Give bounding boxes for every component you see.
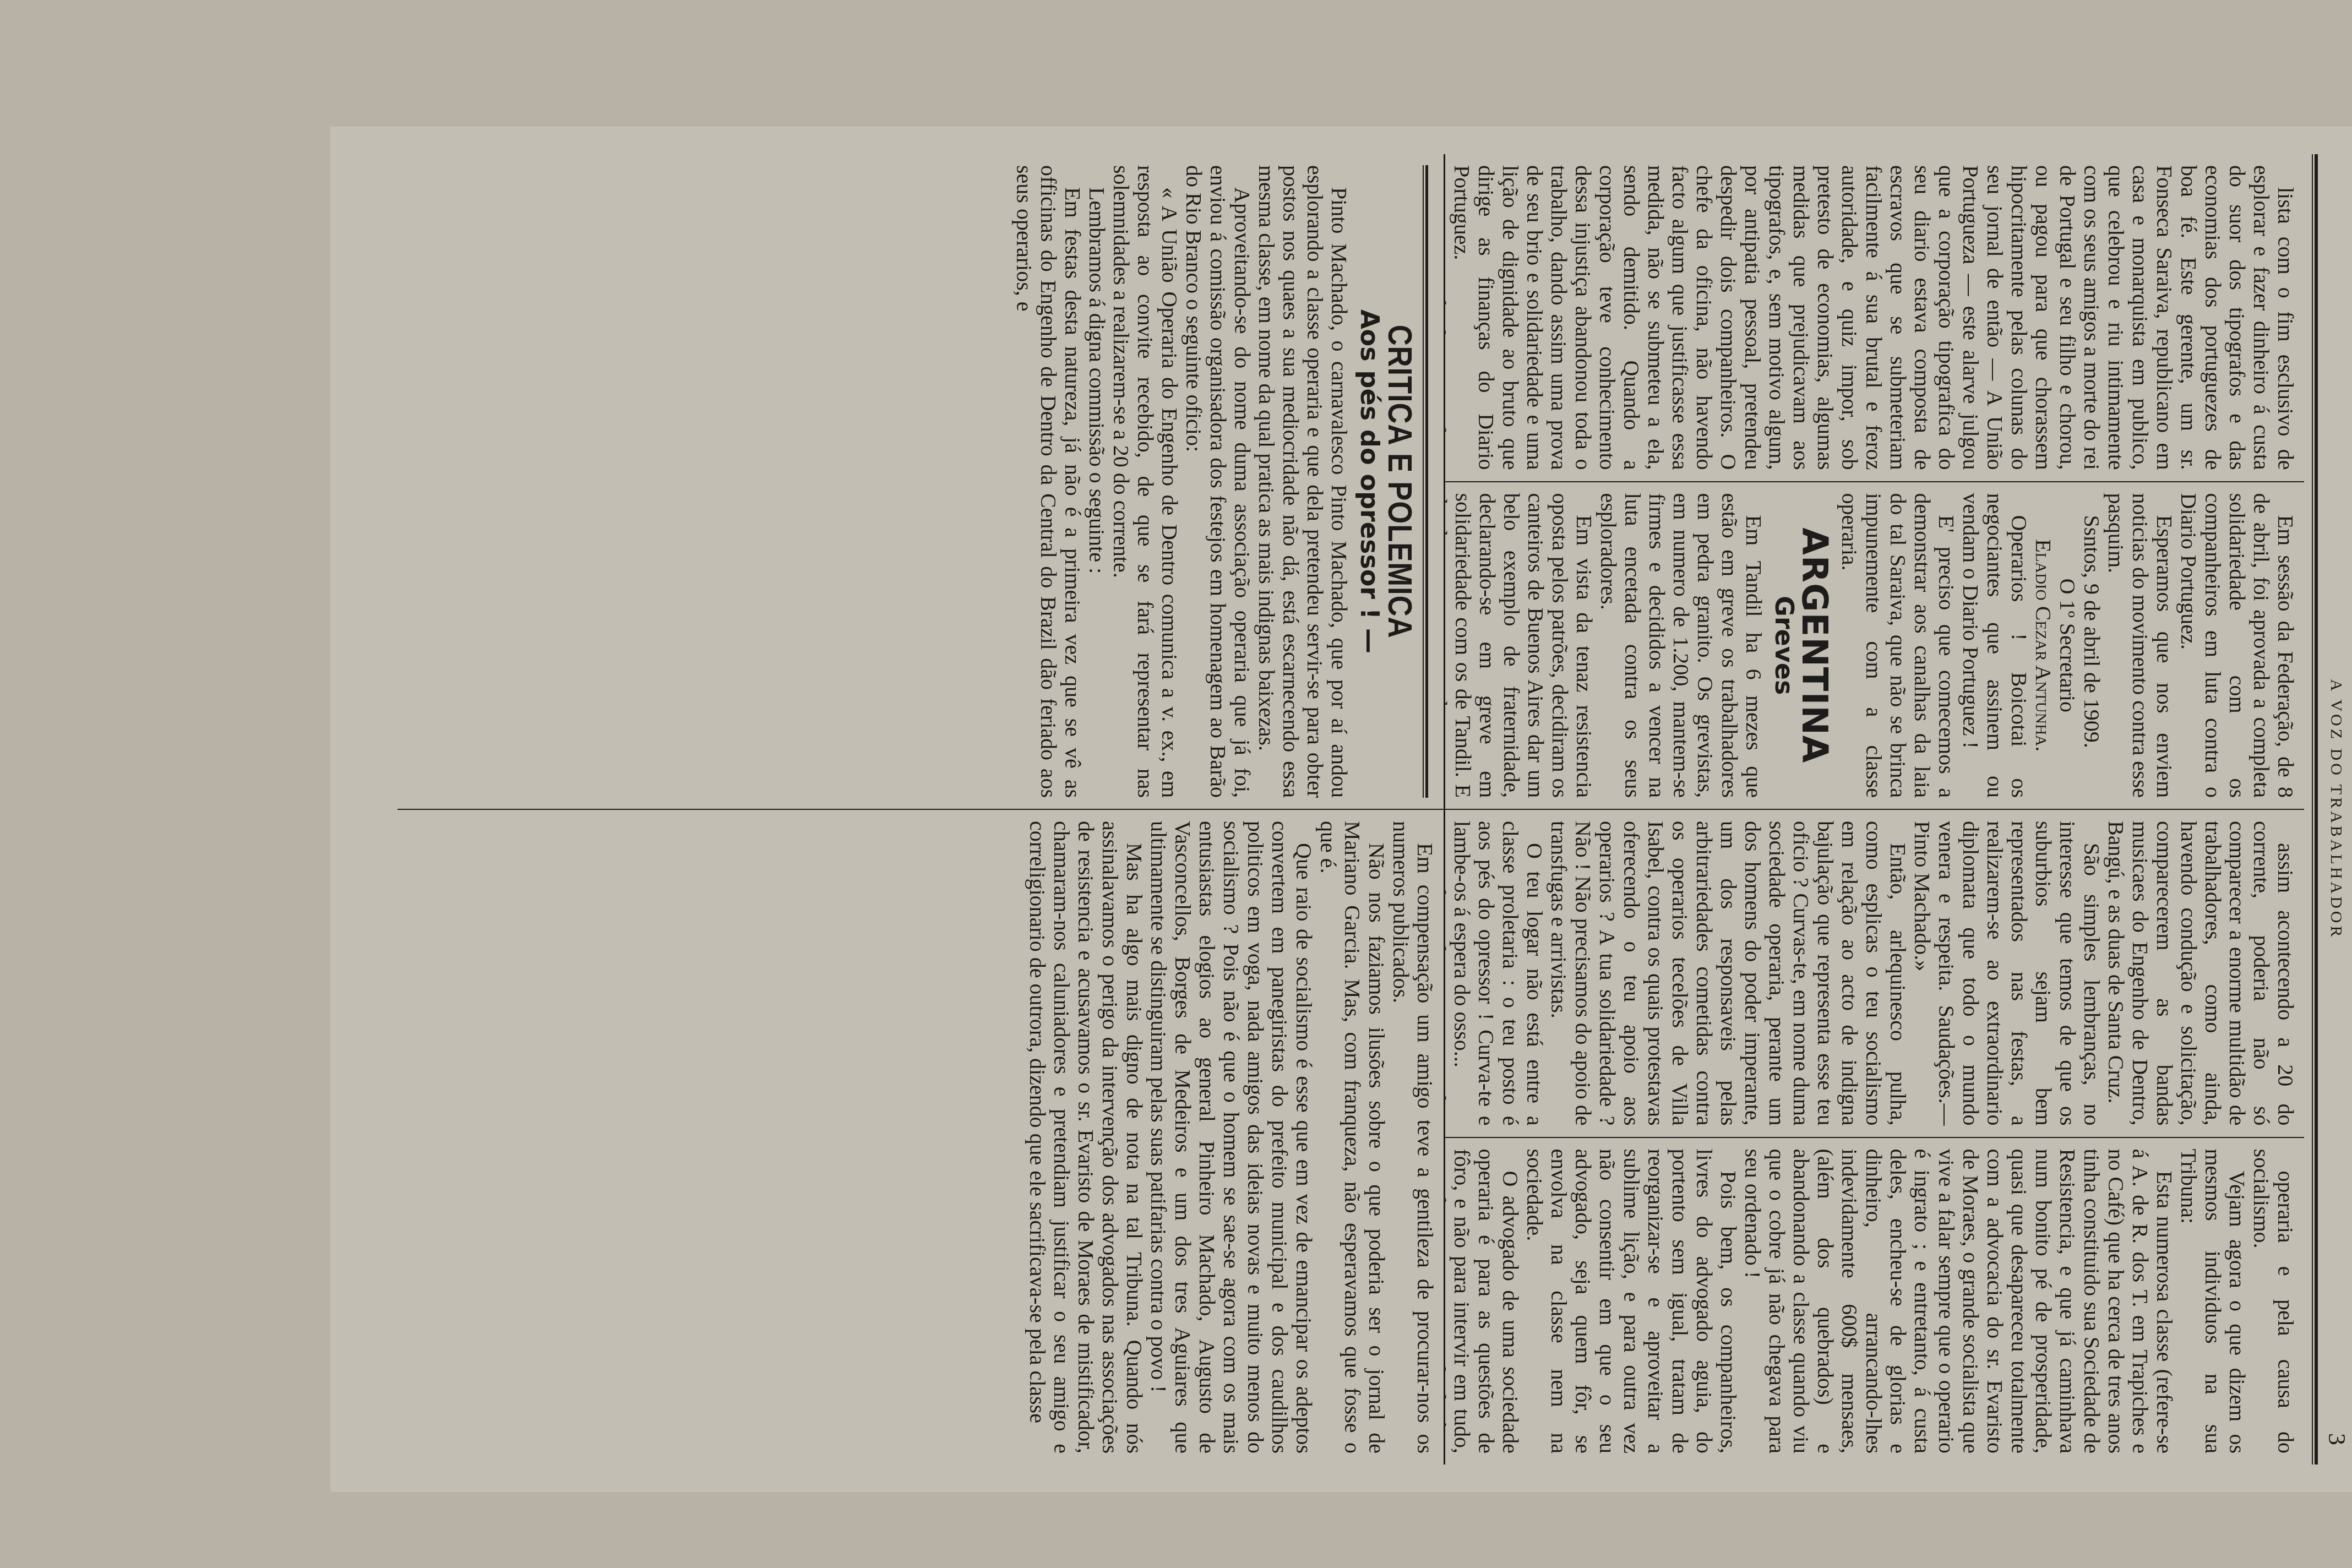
critica-article: Pinto Machado, o carnavalesco Pinto Mach… bbox=[1012, 165, 1351, 798]
column-critica: CRITICA E POLEMICA Aos pés do opressor !… bbox=[398, 154, 1444, 810]
paragraph: No mesmo dia houve traidores que se pres… bbox=[1445, 165, 1450, 470]
page-number: 3 bbox=[2323, 1433, 2351, 1448]
header-rule bbox=[2312, 154, 2318, 1464]
paragraph: Lembramos á digna commissão o seguinte : bbox=[1085, 165, 1109, 798]
paragraph: Em vista da tenaz resistencia oposta pel… bbox=[1445, 493, 1596, 798]
paragraph: Mas ha algo mais digno de nota na tal Tr… bbox=[1025, 821, 1146, 1453]
bottom-tier: CRITICA E POLEMICA Aos pés do opressor !… bbox=[398, 154, 1444, 1464]
column-critica-cont: Em compensação um amigo teve a gentileza… bbox=[398, 810, 1444, 1464]
paragraph: São simples lembranças, no interesse que… bbox=[1910, 821, 2104, 1126]
paragraph: Pois bem, os companheiros, livres do adv… bbox=[1522, 1149, 1740, 1454]
top-tier: lista com o fim esclusivo de esplorar e … bbox=[1444, 154, 2304, 1464]
paragraph: O teu logar não está entre a classe prol… bbox=[1450, 821, 1547, 1126]
paragraph: Esperamos que nos enviem noticias do mov… bbox=[2104, 493, 2176, 798]
paragraph: Então, arlequinesco pulha, como esplicas… bbox=[1547, 821, 1910, 1126]
newspaper-title: A VOZ DO TRABALHADOR bbox=[2327, 154, 2345, 1464]
subheading-greves: Greves bbox=[1772, 493, 1796, 798]
paragraph: Em festas desta natureza, já não é a pri… bbox=[1012, 165, 1085, 798]
column-4: operaria e pela causa do socialismo.Veja… bbox=[1445, 1138, 2304, 1465]
signature-role: O 1º Secretario bbox=[2055, 493, 2079, 798]
section-rule bbox=[1423, 165, 1428, 798]
paragraph: Aproveitando-se do nome duma associação … bbox=[1182, 165, 1254, 798]
paragraph: Esta numerosa classe (refere-se á A. de … bbox=[1740, 1149, 2176, 1454]
argentina-article: Em Tandil ha 6 mezes que estão em greve … bbox=[1445, 493, 1766, 798]
paragraph: Operarios ! Boicotai os negociantes que … bbox=[1958, 493, 2031, 798]
paragraph: Vejam agora o que dizem os mesmos indivi… bbox=[2176, 1149, 2249, 1454]
column-3: assim acontecendo a 20 do corrente, pode… bbox=[1445, 810, 2304, 1138]
column-2: Em sessão da Federação, de 8 de abril, f… bbox=[1445, 482, 2304, 810]
paragraph: operaria e pela causa do socialismo. bbox=[2249, 1149, 2297, 1454]
paragraph: Pinto Machado, o carnavalesco Pinto Mach… bbox=[1254, 165, 1351, 798]
signature-name: Eladio Cezar Antunha. bbox=[2031, 493, 2055, 798]
paragraph: Em Tandil ha 6 mezes que estão em greve … bbox=[1596, 493, 1766, 798]
paragraph: Em compensação um amigo teve a gentileza… bbox=[1389, 821, 1437, 1453]
paragraph: O advogado de uma sociedade operaria é p… bbox=[1445, 1149, 1522, 1454]
newspaper-page: A VOZ DO TRABALHADOR 3 lista com o fim e… bbox=[330, 127, 2352, 1492]
tribuna-article: operaria e pela causa do socialismo.Veja… bbox=[1445, 1149, 2297, 1454]
paragraph: A Tribuna do Povo. — Ha dias vimos afixa… bbox=[1445, 821, 1450, 1126]
subheading-aos-pes: Aos pés do opressor ! — bbox=[1358, 165, 1382, 798]
paragraph: Que raio de socialismo é esse que em vez… bbox=[1146, 821, 1316, 1453]
paragraph: « A União Operaria do Engenho de Dentro … bbox=[1109, 165, 1182, 798]
paragraph: lista com o fim esclusivo de esplorar e … bbox=[1450, 165, 2297, 470]
paragraph: Em sessão da Federação, de 8 de abril, f… bbox=[2176, 493, 2297, 798]
column-1: lista com o fim esclusivo de esplorar e … bbox=[1445, 154, 2304, 482]
paragraph: Não nos faziamos ilusões sobre o que pod… bbox=[1316, 821, 1389, 1453]
section-heading-argentina: ARGENTINA bbox=[1802, 493, 1826, 798]
running-header: A VOZ DO TRABALHADOR 3 bbox=[2318, 154, 2351, 1464]
section-heading-critica: CRITICA E POLEMICA bbox=[1387, 213, 1412, 750]
dateline: Ssntos, 9 de abril de 1909. bbox=[2079, 493, 2104, 798]
paragraph: assim acontecendo a 20 do corrente, pode… bbox=[2104, 821, 2297, 1126]
paragraph: E' preciso que comecemos a demonstrar ao… bbox=[1837, 493, 1958, 798]
